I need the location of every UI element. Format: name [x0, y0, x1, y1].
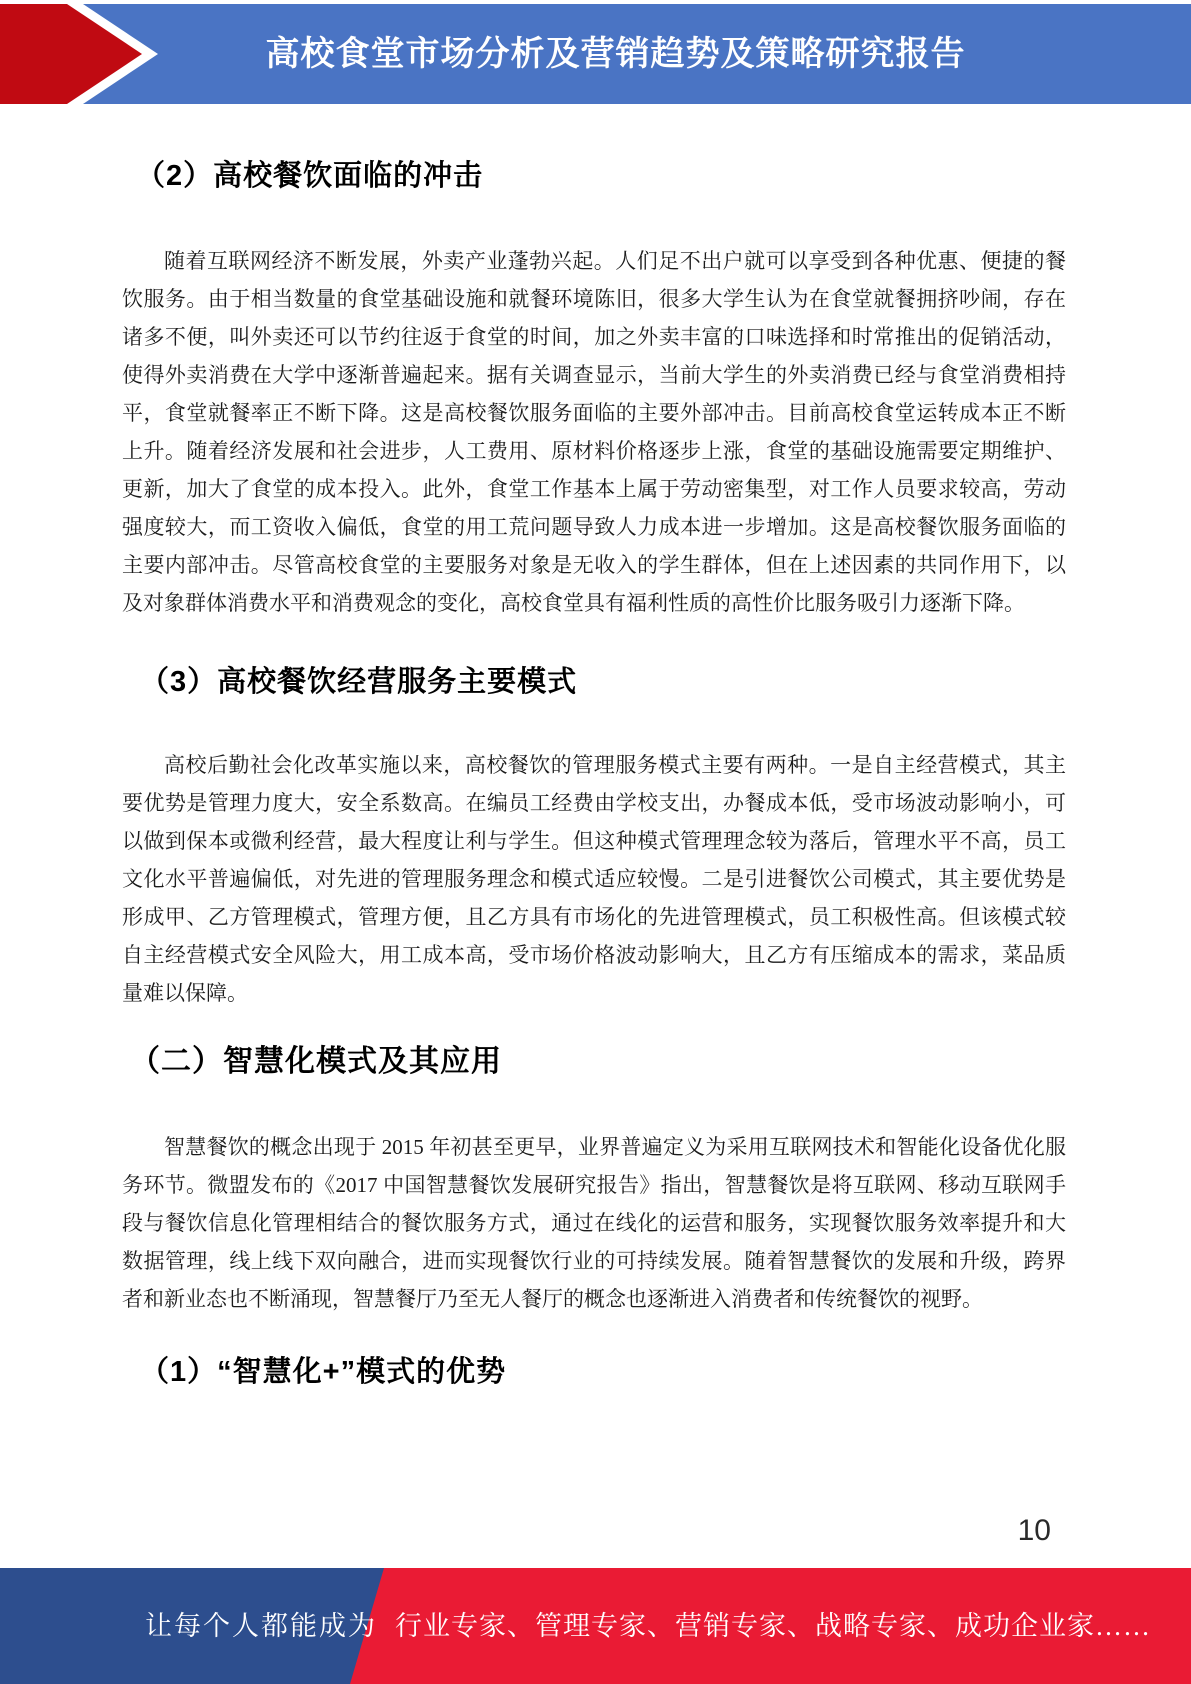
page-header: 高校食堂市场分析及营销趋势及策略研究报告 [0, 4, 1191, 104]
section-heading-smart: （二）智慧化模式及其应用 [122, 1042, 1066, 1082]
section-heading-advantages: （1）“智慧化+”模式的优势 [122, 1352, 1066, 1392]
page-number: 10 [0, 1514, 1051, 1548]
paragraph-modes: 高校后勤社会化改革实施以来，高校餐饮的管理服务模式主要有两种。一是自主经营模式，… [122, 746, 1066, 1012]
paragraph-impacts: 随着互联网经济不断发展，外卖产业蓬勃兴起。人们足不出户就可以享受到各种优惠、便捷… [122, 242, 1066, 622]
report-page: 高校食堂市场分析及营销趋势及策略研究报告 （2）高校餐饮面临的冲击 随着互联网经… [0, 0, 1191, 1684]
document-body: （2）高校餐饮面临的冲击 随着互联网经济不断发展，外卖产业蓬勃兴起。人们足不出户… [122, 104, 1066, 1392]
footer-slogan-left: 让每个人都能成为 [145, 1568, 377, 1684]
section-heading-2: （2）高校餐饮面临的冲击 [122, 156, 1066, 196]
paragraph-smart-dining: 智慧餐饮的概念出现于 2015 年初甚至更早，业界普遍定义为采用互联网技术和智能… [122, 1128, 1066, 1318]
footer-slogan-right: 行业专家、管理专家、营销专家、战略专家、成功企业家…… [395, 1568, 1151, 1684]
section-heading-3: （3）高校餐饮经营服务主要模式 [122, 662, 1066, 702]
page-footer: 让每个人都能成为 行业专家、管理专家、营销专家、战略专家、成功企业家…… [0, 1568, 1191, 1684]
report-title: 高校食堂市场分析及营销趋势及策略研究报告 [0, 4, 1191, 104]
